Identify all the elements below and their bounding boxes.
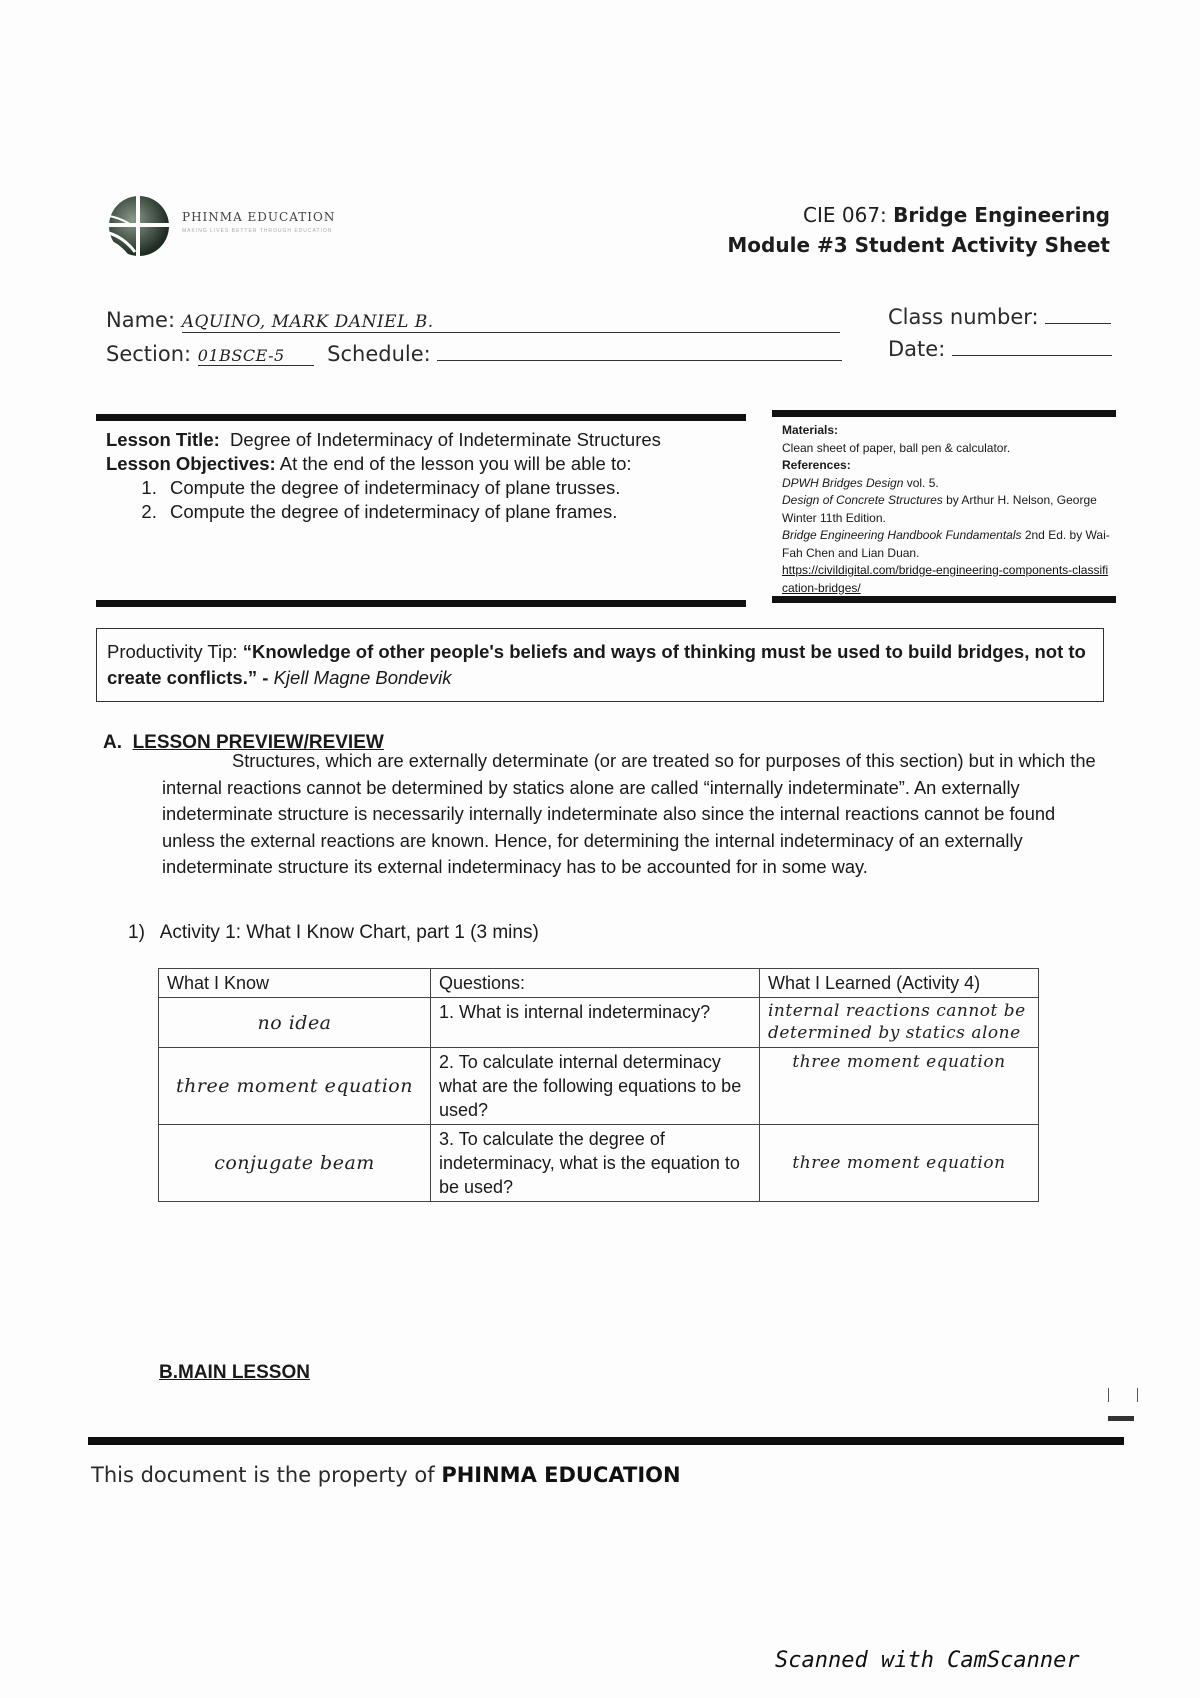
lesson-title: Degree of Indeterminacy of Indeterminate… — [230, 429, 661, 450]
learned-cell[interactable]: three moment equation — [760, 1048, 1039, 1125]
tip-quote: “Knowledge of other people's beliefs and… — [107, 641, 1086, 688]
header-what-i-know: What I Know — [159, 969, 431, 998]
lesson-top-rule — [96, 414, 746, 421]
lesson-bottom-rule — [96, 600, 746, 607]
logo-subtext: MAKING LIVES BETTER THROUGH EDUCATION — [182, 228, 332, 234]
section-label: Section: — [106, 342, 191, 366]
sheet-title: Module #3 Student Activity Sheet — [727, 233, 1110, 257]
page-edge-mark — [1108, 1388, 1138, 1402]
objective-item: Compute the degree of indeterminacy of p… — [162, 476, 746, 500]
lesson-preview-paragraph: Structures, which are externally determi… — [162, 748, 1098, 881]
name-field[interactable]: AQUINO, MARK DANIEL B. — [182, 312, 840, 333]
globe-logo-icon — [103, 192, 173, 262]
course-code: CIE 067: — [803, 203, 887, 227]
date-field[interactable] — [952, 337, 1112, 356]
tip-label: Productivity Tip: — [107, 641, 238, 662]
schedule-label: Schedule: — [327, 342, 431, 366]
reference-item: Bridge Engineering Handbook Fundamentals… — [782, 527, 1112, 562]
footer-rule — [88, 1437, 1124, 1445]
footer-owner: PHINMA EDUCATION — [441, 1463, 680, 1487]
table-row: conjugate beam 3. To calculate the degre… — [159, 1125, 1039, 1202]
class-number-label: Class number: — [888, 305, 1039, 329]
tip-author: Kjell Magne Bondevik — [274, 667, 452, 688]
question-cell: 3. To calculate the degree of indetermin… — [431, 1125, 760, 1202]
materials-references: Materials: Clean sheet of paper, ball pe… — [782, 422, 1112, 597]
header-what-i-learned: What I Learned (Activity 4) — [760, 969, 1039, 998]
page-edge-mark-bar — [1108, 1416, 1134, 1421]
learned-cell[interactable]: internal reactions cannot be determined … — [760, 998, 1039, 1048]
section-a-letter: A. — [103, 732, 122, 753]
document-header: CIE 067: Bridge Engineering Module #3 St… — [727, 200, 1110, 260]
objectives-list: Compute the degree of indeterminacy of p… — [106, 476, 746, 524]
camscanner-watermark: Scanned with CamScanner — [775, 1648, 1080, 1673]
reference-link[interactable]: https://civildigital.com/bridge-engineer… — [782, 563, 1108, 595]
class-number-row: Class number: — [888, 305, 1111, 329]
materials-top-rule — [772, 410, 1116, 417]
reference-item: DPWH Bridges Design vol. 5. — [782, 475, 1112, 493]
class-number-field[interactable] — [1045, 305, 1111, 324]
date-row: Date: — [888, 337, 1112, 361]
know-cell[interactable]: three moment equation — [159, 1048, 431, 1125]
objective-item: Compute the degree of indeterminacy of p… — [162, 500, 746, 524]
productivity-tip-box: Productivity Tip: “Knowledge of other pe… — [96, 628, 1104, 702]
logo-text: PHINMA EDUCATION — [182, 210, 335, 224]
date-label: Date: — [888, 337, 945, 361]
materials-label: Materials: — [782, 423, 838, 437]
objectives-label: Lesson Objectives: — [106, 453, 276, 474]
section-field[interactable]: 01BSCE-5 — [198, 346, 314, 366]
activity-title: Activity 1: What I Know Chart, part 1 (3… — [160, 922, 539, 943]
activity-1-heading: 1) Activity 1: What I Know Chart, part 1… — [128, 922, 539, 944]
section-row: Section: 01BSCE-5 Schedule: — [106, 340, 842, 366]
table-header-row: What I Know Questions: What I Learned (A… — [159, 969, 1039, 998]
question-cell: 1. What is internal indeterminacy? — [431, 998, 760, 1048]
lesson-info: Lesson Title: Degree of Indeterminacy of… — [106, 428, 746, 524]
know-cell[interactable]: conjugate beam — [159, 1125, 431, 1202]
name-label: Name: — [106, 308, 175, 332]
materials-bottom-rule — [772, 596, 1116, 603]
footer-text: This document is the property of PHINMA … — [91, 1463, 681, 1487]
know-cell[interactable]: no idea — [159, 998, 431, 1048]
table-row: three moment equation 2. To calculate in… — [159, 1048, 1039, 1125]
materials-text: Clean sheet of paper, ball pen & calcula… — [782, 440, 1112, 458]
schedule-field[interactable] — [437, 340, 842, 361]
what-i-know-chart: What I Know Questions: What I Learned (A… — [158, 968, 1039, 1202]
section-b-heading: B.MAIN LESSON — [159, 1362, 310, 1384]
question-cell: 2. To calculate internal determinacy wha… — [431, 1048, 760, 1125]
name-row: Name: AQUINO, MARK DANIEL B. — [106, 308, 840, 333]
phinma-logo — [103, 192, 173, 262]
footer-statement: This document is the property of — [91, 1463, 435, 1487]
lesson-title-label: Lesson Title: — [106, 429, 220, 450]
header-questions: Questions: — [431, 969, 760, 998]
table-row: no idea 1. What is internal indeterminac… — [159, 998, 1039, 1048]
objectives-intro: At the end of the lesson you will be abl… — [280, 453, 632, 474]
learned-cell[interactable]: three moment equation — [760, 1125, 1039, 1202]
course-name: Bridge Engineering — [893, 203, 1110, 227]
reference-item: Design of Concrete Structures by Arthur … — [782, 492, 1112, 527]
activity-number: 1) — [128, 922, 145, 943]
references-label: References: — [782, 458, 851, 472]
